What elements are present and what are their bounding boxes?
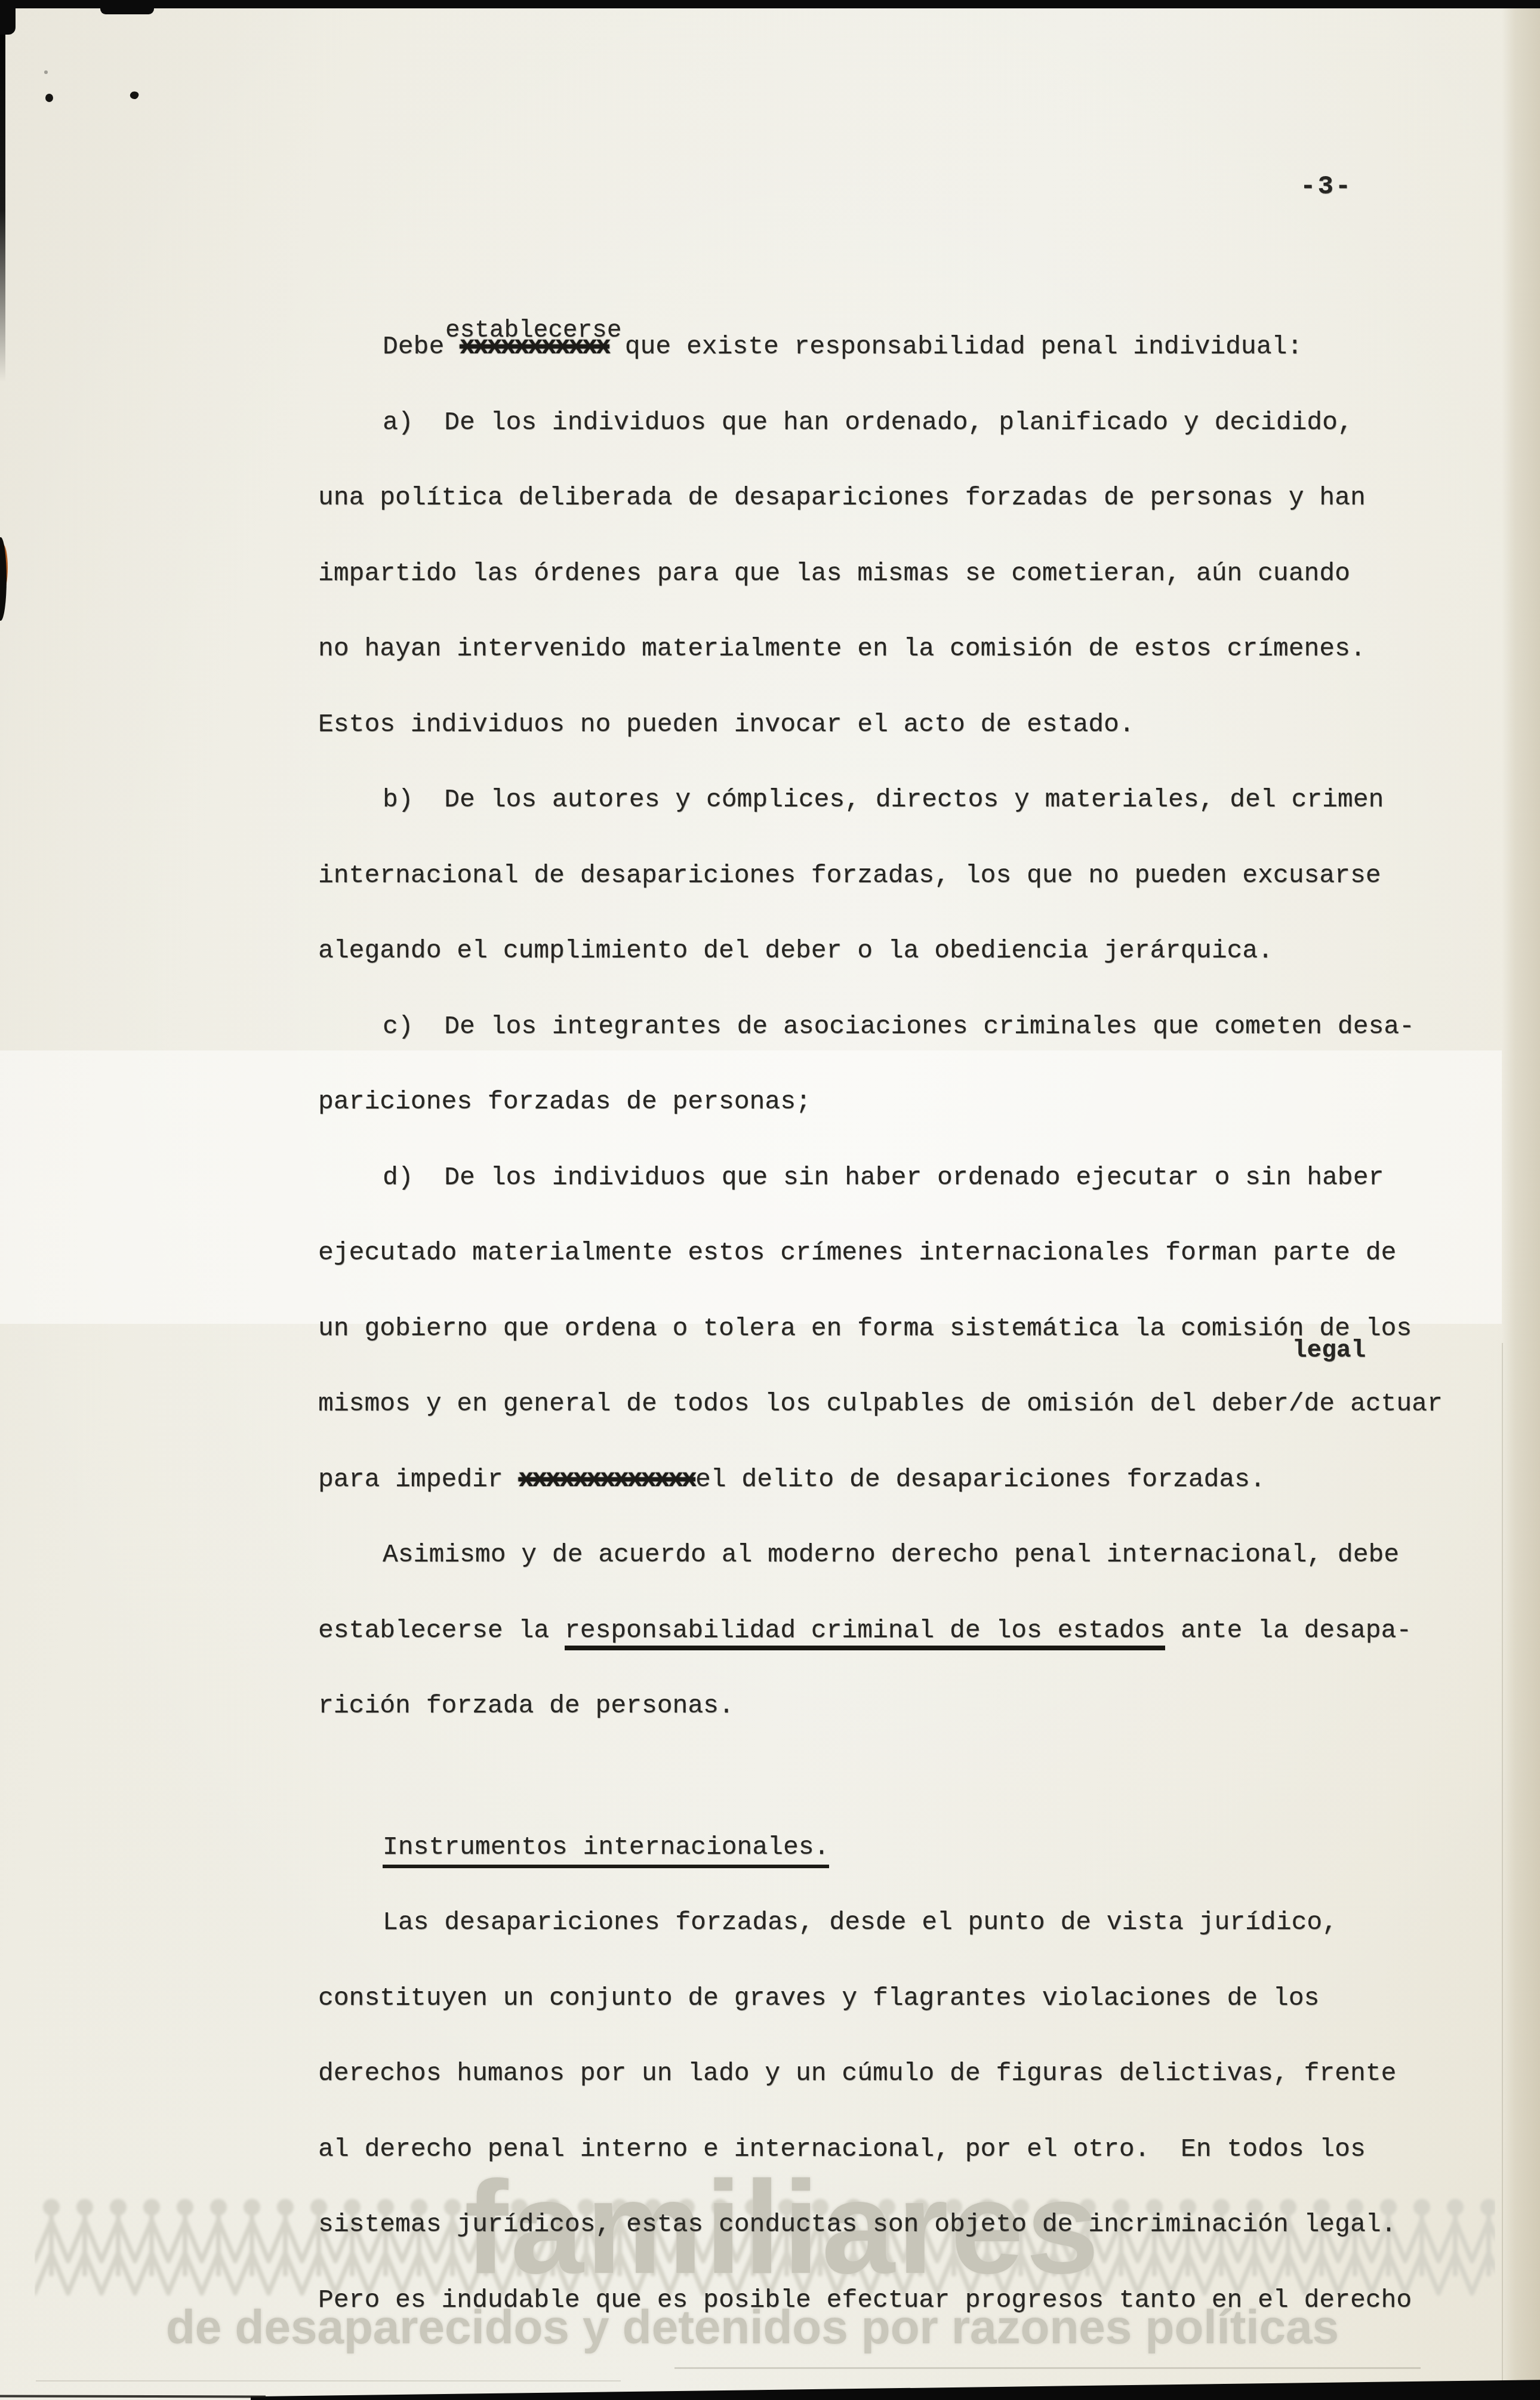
typed-line: pariciones forzadas de personas; (318, 1064, 1464, 1140)
section-heading-text: Instrumentos internacionales. (383, 1832, 829, 1868)
section-heading: Instrumentos internacionales. (318, 1810, 1464, 1886)
typed-line-underlined-phrase: establecerse la responsabilidad criminal… (318, 1593, 1464, 1669)
scan-left-edge (0, 0, 5, 382)
line-text: que existe responsabilidad penal individ… (609, 332, 1302, 361)
ink-speck (45, 94, 53, 102)
scan-scratch-line (674, 2367, 1421, 2369)
typed-insert-legal: legal (1292, 1339, 1366, 1363)
typed-line: internacional de desapariciones forzadas… (318, 838, 1464, 914)
underlined-phrase: responsabilidad criminal de los estados (565, 1616, 1165, 1650)
ink-speck (129, 90, 140, 100)
typed-line: Las desapariciones forzadas, desde el pu… (318, 1885, 1464, 1961)
typed-line: no hayan intervenido materialmente en la… (318, 611, 1464, 687)
typed-line: al derecho penal interno e internacional… (318, 2112, 1464, 2188)
line-text: para impedir (318, 1465, 518, 1494)
typed-text-block: Debe xxxxxxxxxxx que existe responsabili… (318, 309, 1464, 2338)
paper-right-edge-line (1502, 1343, 1503, 2400)
scan-top-edge (0, 0, 1540, 8)
typed-line: impartido las órdenes para que las misma… (318, 536, 1464, 612)
scan-top-left-corner (0, 0, 16, 35)
typed-line-debe: Debe xxxxxxxxxxx que existe responsabili… (318, 309, 1464, 385)
typed-correction-above: establecerse (445, 319, 621, 343)
scan-bottom-edge (251, 2379, 1540, 2400)
line-text: mismos y en general de todos los culpabl… (318, 1389, 1443, 1418)
line-text: establecerse la (318, 1616, 565, 1645)
typed-line: rición forzada de personas. (318, 1668, 1464, 1744)
ink-speck (44, 70, 48, 74)
typed-line: Estos individuos no pueden invocar el ac… (318, 687, 1464, 763)
typed-line-with-insert: mismos y en general de todos los culpabl… (318, 1366, 1464, 1442)
typed-line-item-c: c) De los integrantes de asociaciones cr… (318, 989, 1464, 1065)
line-text: el delito de desapariciones forzadas. (695, 1465, 1265, 1494)
typed-line: alegando el cumplimiento del deber o la … (318, 913, 1464, 989)
typed-line-item-d: d) De los individuos que sin haber orden… (318, 1140, 1464, 1216)
typed-line: constituyen un conjunto de graves y flag… (318, 1961, 1464, 2037)
typed-line: ejecutado materialmente estos crímenes i… (318, 1215, 1464, 1291)
page-number: -3- (1300, 172, 1353, 202)
scanned-document-page: familiares de desaparecidos y detenidos … (0, 0, 1540, 2400)
typed-line: derechos humanos por un lado y un cúmulo… (318, 2036, 1464, 2112)
scan-bottom-edge-line (0, 2395, 266, 2398)
typed-line: una política deliberada de desaparicione… (318, 460, 1464, 536)
typed-line: sistemas jurídicos, estas conductas son … (318, 2187, 1464, 2263)
line-text: ante la desapa- (1165, 1616, 1412, 1645)
typed-line-strikeout: para impedir xxxxxxxxxxxxxel delito de d… (318, 1442, 1464, 1518)
scan-top-edge-notch (100, 0, 154, 14)
paper-right-edge-shading (1502, 0, 1540, 2400)
typed-line: Asimismo y de acuerdo al moderno derecho… (318, 1517, 1464, 1593)
scan-scratch-line (36, 2380, 621, 2381)
typed-line: Pero es indudable que es posible efectua… (318, 2263, 1464, 2339)
typed-line-item-b: b) De los autores y cómplices, directos … (318, 762, 1464, 838)
typed-strikeout: xxxxxxxxxxxxx (518, 1465, 695, 1494)
typed-line-item-a: a) De los individuos que han ordenado, p… (318, 385, 1464, 461)
